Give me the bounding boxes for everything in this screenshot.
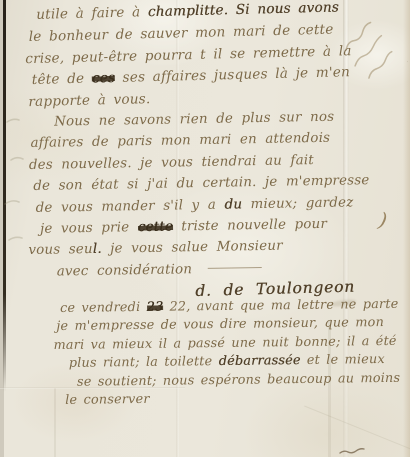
word-segment: cette bbox=[138, 219, 173, 235]
word-segment: 22, avant que ma lettre ne parte bbox=[163, 297, 398, 315]
word-segment: ce vendredi bbox=[60, 300, 147, 316]
word-segment: de vous mander s'il y a bbox=[36, 197, 225, 215]
word-segment: de son état si j'ai du certain. je m'emp… bbox=[33, 173, 369, 194]
word-segment: je m'empresse de vous dire monsieur, que… bbox=[56, 315, 384, 334]
word-segment: triste nouvelle pour bbox=[173, 217, 327, 235]
word-segment: avec considération bbox=[57, 262, 193, 279]
word-segment: mieux; gardez bbox=[242, 195, 354, 212]
letter-scan: utile à faire à champlitte. Si nous avon… bbox=[0, 0, 410, 457]
word-segment: débarrassée bbox=[219, 353, 301, 369]
word-segment: et le mieux bbox=[300, 352, 384, 368]
word-segment: vous seu bbox=[28, 242, 93, 258]
word-segment: plus riant; la toilette bbox=[69, 354, 219, 371]
word-segment: champlitte. Si nous avons bbox=[148, 0, 339, 20]
word-segment: le conserver bbox=[65, 392, 150, 408]
word-segment: je vous salue Monsieur bbox=[102, 239, 283, 257]
word-segment: ses affaires jusques là je m'en bbox=[115, 65, 350, 87]
letter-paragraph-1: utile à faire à champlitte. Si nous avon… bbox=[30, 0, 373, 114]
word-segment: des nouvelles. je vous tiendrai au fait bbox=[29, 153, 314, 173]
word-segment: utile à faire à bbox=[36, 4, 148, 23]
word-segment: rapporte à vous. bbox=[28, 91, 150, 110]
flourish-dash bbox=[208, 267, 262, 269]
word-segment: je vous prie bbox=[40, 220, 138, 237]
word-segment: ces bbox=[92, 70, 116, 87]
word-segment: Nous ne savons rien de plus sur nos bbox=[54, 110, 334, 130]
letter-postscript: ce vendredi 23 22, avant que ma lettre n… bbox=[56, 296, 407, 411]
word-segment: le bonheur de sauver mon mari de cette bbox=[29, 21, 334, 44]
word-segment: affaires de paris mon mari en attendois bbox=[30, 131, 330, 151]
word-segment: 23 bbox=[147, 300, 164, 315]
word-segment: du bbox=[224, 197, 242, 212]
word-segment: tête de bbox=[32, 71, 92, 88]
word-segment: se soutient; nous espérons beaucoup au m… bbox=[77, 370, 400, 389]
word-segment: mari va mieux il a passé une nuit bonne;… bbox=[53, 334, 396, 353]
letter-paragraph-2: Nous ne savons rien de plus sur nosaffai… bbox=[30, 106, 373, 283]
